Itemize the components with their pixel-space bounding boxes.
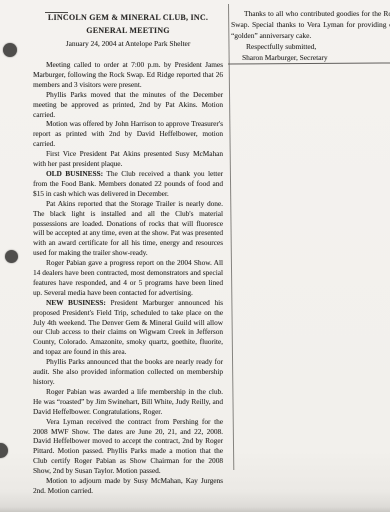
minutes-paragraph: Vera Lyman received the contract from Pe… xyxy=(33,417,223,476)
scanned-minutes-page: { "document": { "header": { "org_name": … xyxy=(0,0,390,512)
hole-punch-middle xyxy=(5,250,18,263)
minutes-paragraph: Motion to adjourn made by Susy McMahan, … xyxy=(33,476,223,496)
hole-punch-bottom xyxy=(0,443,8,458)
minutes-paragraph: Phyllis Parks announced that the books a… xyxy=(33,357,223,387)
minutes-paragraph: Roger Pabian was awarded a life membersh… xyxy=(33,387,223,417)
column-divider-rule xyxy=(228,4,234,470)
hole-punch-top xyxy=(3,43,17,57)
section-heading: OLD BUSINESS: xyxy=(46,169,103,178)
minutes-paragraph: Phyllis Parks moved that the minutes of … xyxy=(33,90,223,120)
meeting-date-location: January 24, 2004 at Antelope Park Shelte… xyxy=(33,37,223,50)
minutes-paragraph: Meeting called to order at 7:00 p.m. by … xyxy=(33,60,223,90)
minutes-column: LINCOLN GEM & MINERAL CLUB, INC. GENERAL… xyxy=(33,11,223,496)
section-heading: NEW BUSINESS: xyxy=(46,298,106,307)
organization-name: LINCOLN GEM & MINERAL CLUB, INC. xyxy=(33,11,223,24)
closing-line: Respectfully submitted, xyxy=(231,41,390,52)
secretary-signature: Sharon Marburger, Secretary xyxy=(231,52,390,63)
minutes-paragraph: First Vice President Pat Akins presented… xyxy=(33,149,223,169)
minutes-paragraph: OLD BUSINESS: The Club received a thank … xyxy=(33,169,223,199)
closing-column: Thanks to all who contributed goodies fo… xyxy=(231,8,390,63)
minutes-paragraphs: Meeting called to order at 7:00 p.m. by … xyxy=(33,60,223,496)
meeting-type-title: GENERAL MEETING xyxy=(33,24,223,37)
minutes-paragraph: Roger Pabian gave a progress report on t… xyxy=(33,258,223,298)
thanks-paragraph: Thanks to all who contributed goodies fo… xyxy=(231,8,390,41)
minutes-paragraph: Pat Akins reported that the Storage Trai… xyxy=(33,199,223,258)
minutes-paragraph: Motion was offered by John Harrison to a… xyxy=(33,119,223,149)
minutes-paragraph: NEW BUSINESS: President Marburger announ… xyxy=(33,298,223,357)
